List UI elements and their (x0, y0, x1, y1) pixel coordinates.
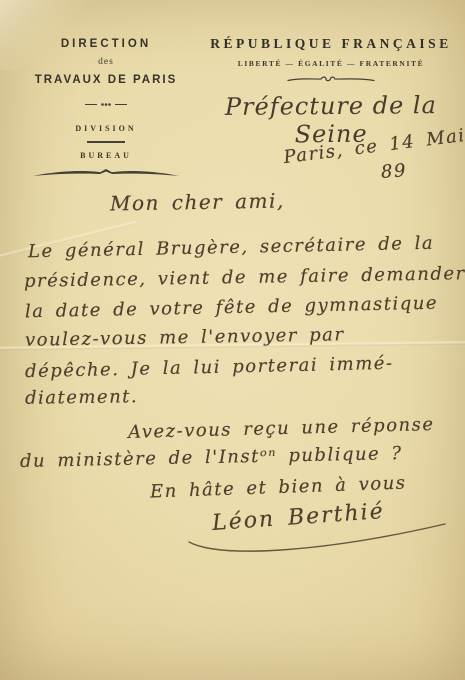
body-line: présidence, vient de me faire demander (24, 263, 465, 292)
body-line: Le général Brugère, secrétaire de la (28, 233, 435, 263)
travaux-de-paris-title: TRAVAUX DE PARIS (28, 74, 184, 86)
letter-page: DIRECTION des TRAVAUX DE PARIS DIVISION … (0, 0, 465, 680)
body-line: voulez-vous me l'envoyer par (25, 324, 345, 351)
bureau-label: BUREAU (28, 151, 184, 160)
division-label: DIVISION (28, 124, 184, 133)
des-label: des (28, 57, 184, 67)
closing-line: En hâte et bien à vous (150, 473, 407, 503)
republique-francaise-title: RÉPUBLIQUE FRANÇAISE (200, 36, 462, 52)
direction-title: DIRECTION (28, 38, 184, 50)
salutation: Mon cher ami, (110, 188, 285, 215)
body-line: la date de votre fête de gymnastique (25, 293, 438, 323)
body-line: diatement. (25, 386, 138, 409)
motto-label: LIBERTÉ — ÉGALITÉ — FRATERNITÉ (200, 59, 462, 68)
body-line: Avez-vous reçu une réponse (128, 414, 435, 443)
body-line: du ministère de l'Instᵒⁿ publique ? (20, 443, 403, 472)
bureau-flourish-icon (28, 165, 184, 183)
body-line: dépêche. Je la lui porterai immé- (25, 353, 394, 382)
division-rule (87, 141, 125, 143)
signature-underline-flourish (183, 516, 451, 569)
letterhead-direction-block: DIRECTION des TRAVAUX DE PARIS DIVISION … (28, 38, 184, 183)
handwritten-year: 89 (380, 160, 407, 183)
dots-ornament-icon (28, 95, 184, 113)
knot-ornament-icon (200, 72, 462, 90)
